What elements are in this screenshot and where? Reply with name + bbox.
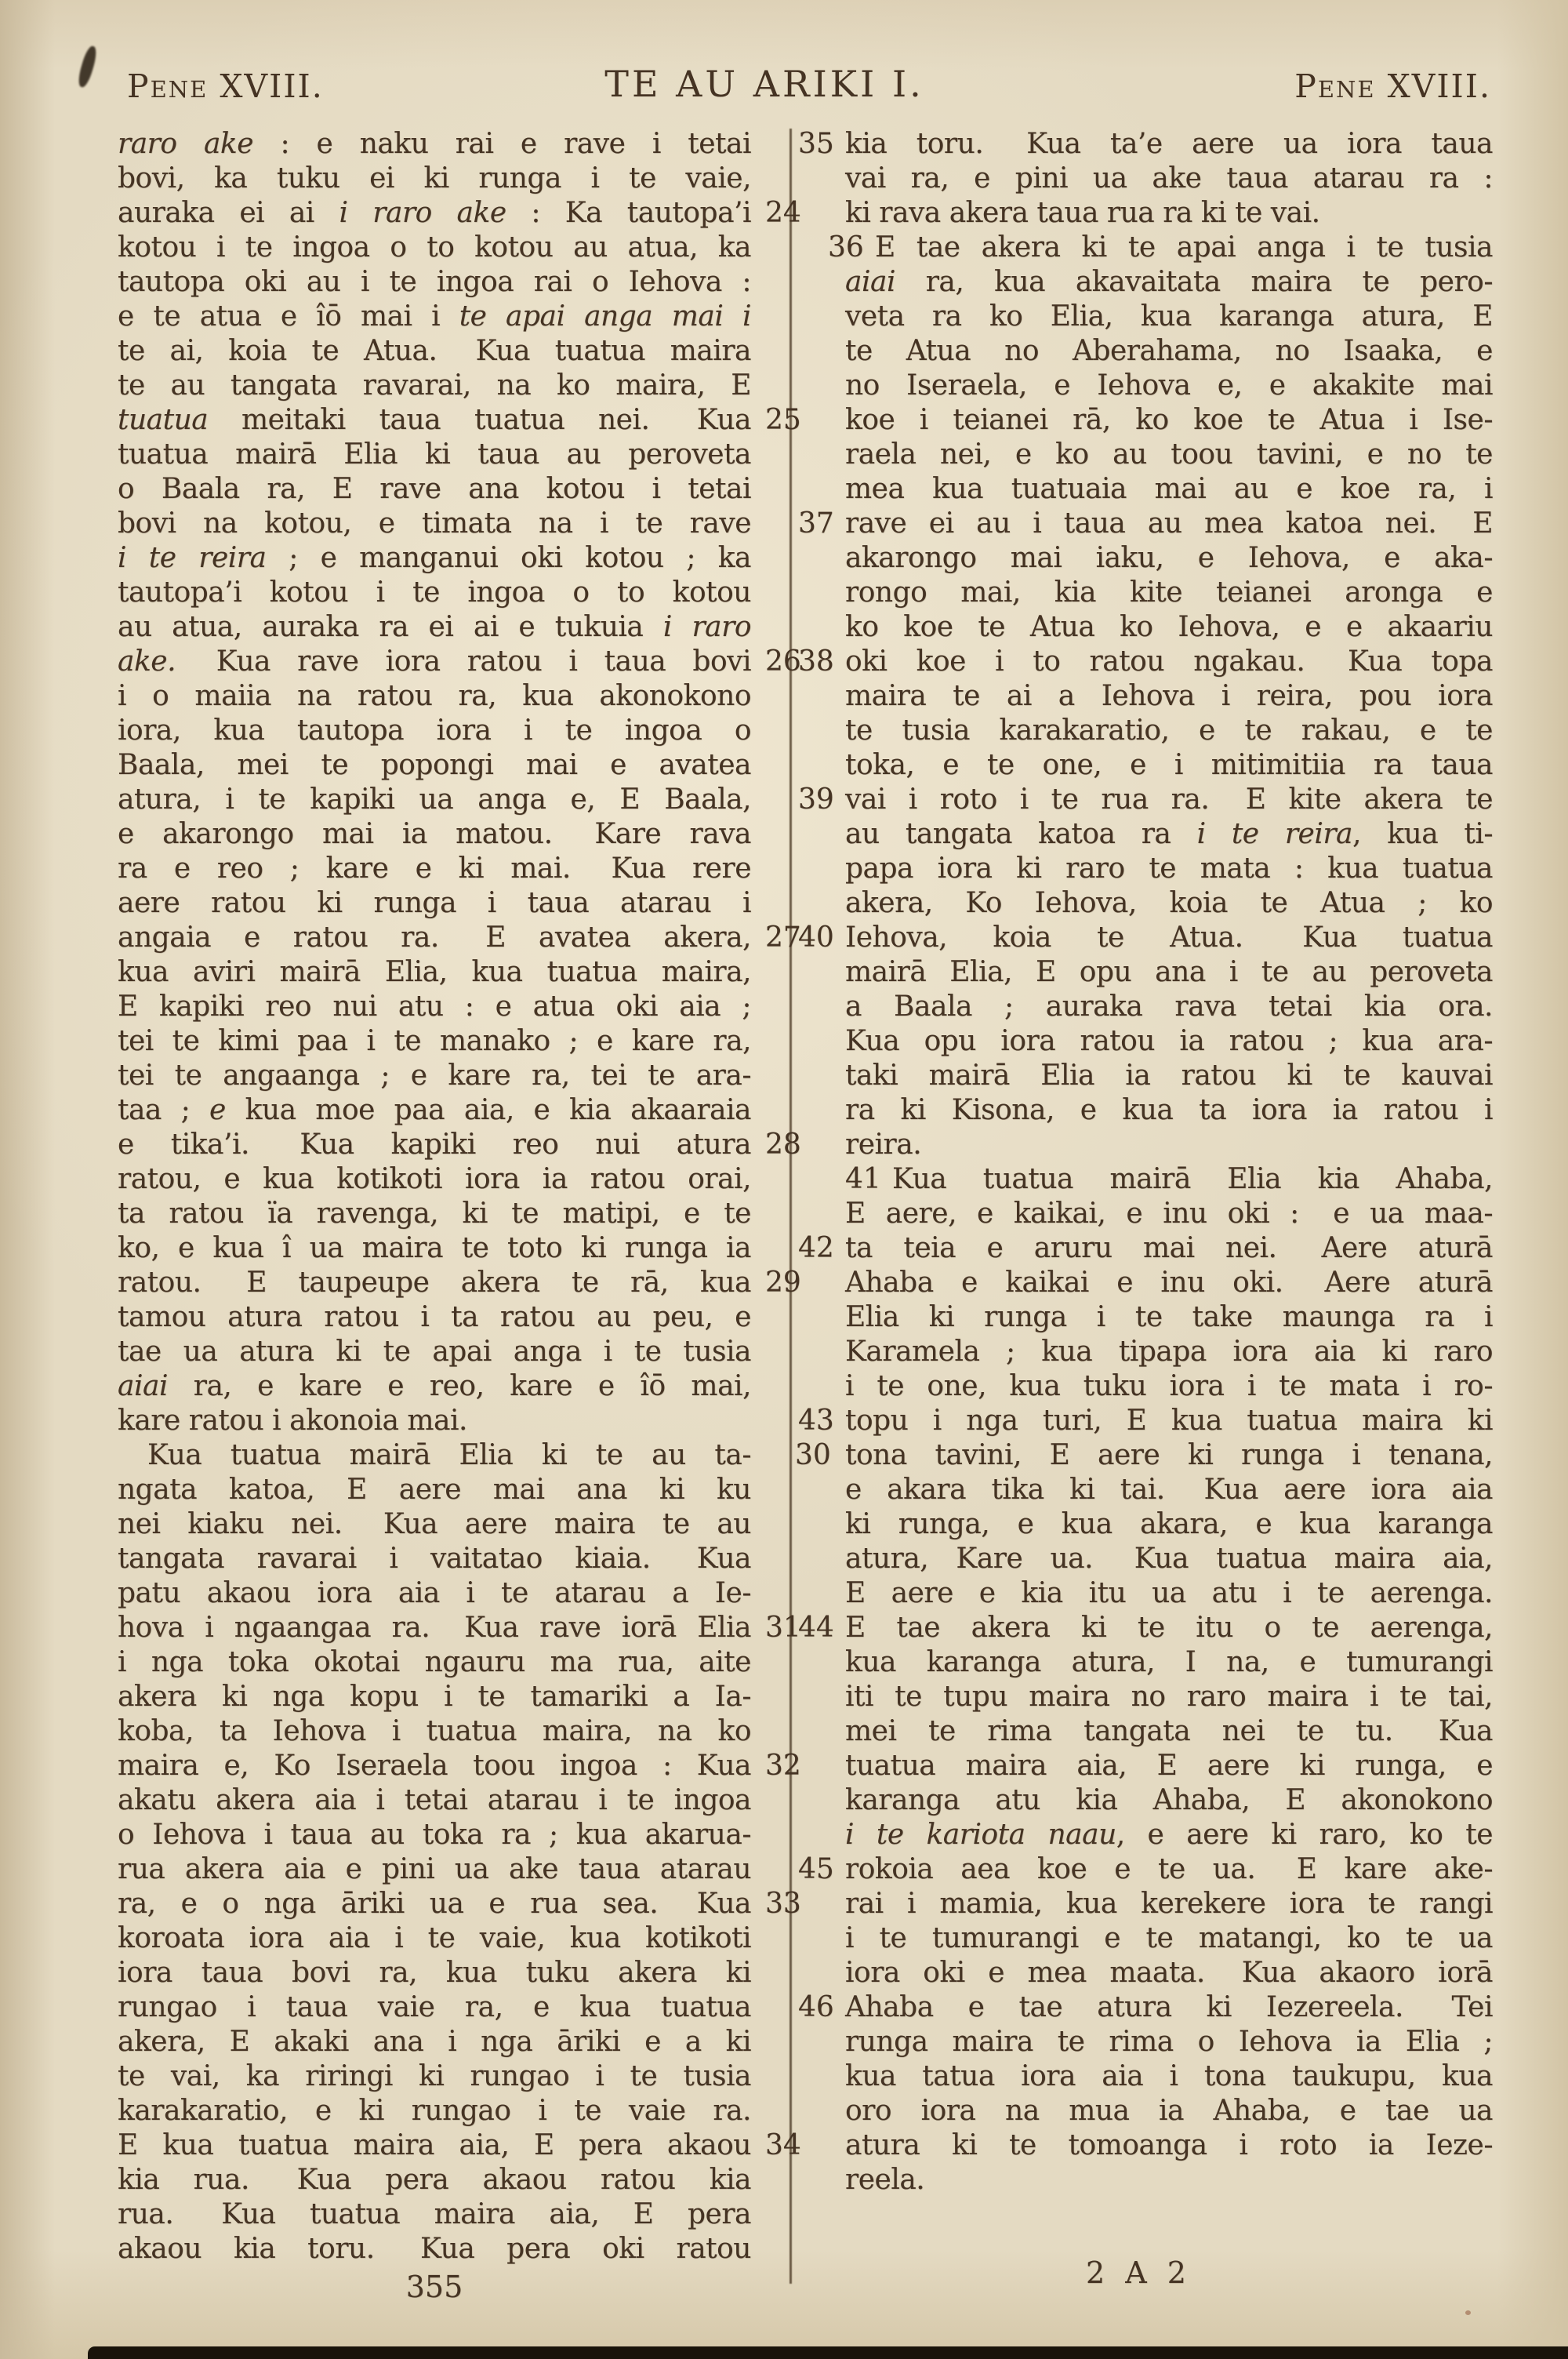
body-text: i te tumurangi e te matangi, ko te ua <box>845 1922 1493 1954</box>
body-text: au tangata katoa ra <box>845 818 1197 850</box>
text-line: toka, e te one, e i mitimitiia ra taua <box>845 748 1493 783</box>
body-text: angaia e ratou ra. E avatea akera, <box>118 921 751 954</box>
body-text: taa ; <box>118 1094 209 1126</box>
body-text: Karamela ; kua tipapa iora aia ki raro <box>845 1336 1493 1368</box>
body-text: tautopa oki au i te ingoa rai o Iehova : <box>118 266 751 298</box>
text-line: rua akera aia e pini ua ake taua atarau <box>118 1852 751 1887</box>
text-line: ki runga, e kua akara, e kua karanga <box>845 1507 1493 1542</box>
text-line: te Atua no Aberahama, no Isaaka, e <box>845 334 1493 369</box>
body-text: ra e reo ; kare e ki mai. Kua rere <box>118 852 751 885</box>
body-text: e tika’i. Kua kapiki reo nui atura <box>118 1129 751 1161</box>
text-line: Elia ki runga i te take maunga ra i <box>845 1300 1493 1335</box>
text-line: bovi na kotou, e timata na i te rave <box>118 507 751 541</box>
text-line: angaia e ratou ra. E avatea akera,27 <box>118 921 751 955</box>
text-line: ratou. E taupeupe akera te rā, kua29 <box>118 1266 751 1300</box>
text-line: tangata ravarai i vaitatao kiaia. Kua <box>118 1542 751 1576</box>
body-text: karanga atu kia Ahaba, E akonokono <box>845 1784 1493 1816</box>
text-line: ra ki Kisona, e kua ta iora ia ratou i <box>845 1093 1493 1128</box>
text-line: vai i roto i te rua ra. E kite akera te3… <box>845 783 1493 817</box>
body-text: akera, Ko Iehova, koia te Atua ; ko <box>845 887 1493 919</box>
body-text: ; e manganui oki kotou ; ka <box>266 542 751 574</box>
text-line: e te atua e îō mai i te apai anga mai i <box>118 300 751 334</box>
body-text: reira. <box>845 1129 921 1161</box>
verse-number: 32 <box>765 1749 801 1783</box>
body-text: iora oki e mea maata. Kua akaoro iorā <box>845 1957 1493 1989</box>
body-text: rave ei au i taua au mea katoa nei. E <box>845 507 1493 540</box>
body-text: ra, kua akavaitata maira te pero- <box>895 266 1493 298</box>
text-line: tautopa’i kotou i te ingoa o to kotou <box>118 576 751 610</box>
body-text: Ahaba e kaikai e inu oki. Aere aturā <box>845 1267 1493 1299</box>
text-line: rave ei au i taua au mea katoa nei. E37 <box>845 507 1493 541</box>
body-text: rua akera aia e pini ua ake taua atarau <box>118 1853 751 1885</box>
text-line: oki koe i to ratou ngakau. Kua topa38 <box>845 645 1493 679</box>
text-line: tae ua atura ki te apai anga i te tusia <box>118 1335 751 1369</box>
body-text: tei te angaanga ; e kare ra, tei te ara- <box>118 1060 751 1092</box>
text-line: runga maira te rima o Iehova ia Elia ; <box>845 2025 1493 2059</box>
text-line: aiai ra, kua akavaitata maira te pero- <box>845 265 1493 300</box>
text-line: kua aviri mairā Elia, kua tuatua maira, <box>118 955 751 990</box>
text-line: i nga toka okotai ngauru ma rua, aite <box>118 1645 751 1680</box>
body-text: E aere, e kaikai, e inu oki : e ua maa- <box>845 1198 1493 1230</box>
body-text: iti te tupu maira no raro maira i te tai… <box>845 1681 1493 1713</box>
body-text: raela nei, e ko au toou tavini, e no te <box>845 438 1493 471</box>
text-line: nei kiaku nei. Kua aere maira te au <box>118 1507 751 1542</box>
body-text: maira te ai a Iehova i reira, pou iora <box>845 680 1493 712</box>
body-text: Kua rave iora ratou i taua bovi <box>176 645 751 678</box>
italic-text: i te kariota naau <box>845 1819 1116 1851</box>
scan-edge-strip <box>88 2346 1568 2359</box>
body-text: meitaki taua tuatua nei. Kua <box>208 404 751 436</box>
body-text: tuatua maira aia, E aere ki runga, e <box>845 1750 1493 1782</box>
body-text: no Iseraela, e Iehova e, e akakite mai <box>845 369 1493 402</box>
body-text: Kua tuatua mairā Elia ki te au ta- <box>147 1439 751 1471</box>
body-text: tuatua mairā Elia ki taua au peroveta <box>118 438 751 471</box>
verse-number: 24 <box>765 196 801 231</box>
body-text: oki koe i to ratou ngakau. Kua topa <box>845 645 1493 678</box>
body-text: karakaratio, e ki rungao i te vaie ra. <box>118 2095 751 2127</box>
body-text: e akara tika ki tai. Kua aere iora aia <box>845 1474 1493 1506</box>
body-text: Iehova, koia te Atua. Kua tuatua <box>845 921 1493 954</box>
text-line: akera ki nga kopu i te tamariki a Ia- <box>118 1680 751 1714</box>
body-text: taki mairā Elia ia ratou ki te kauvai <box>845 1060 1493 1092</box>
text-line: ko, e kua î ua maira te toto ki runga ia <box>118 1231 751 1266</box>
body-text: auraka ei ai <box>118 197 339 229</box>
text-line: ratou, e kua kotikoti iora ia ratou orai… <box>118 1162 751 1197</box>
body-text: ki rava akera taua rua ra ki te vai. <box>845 197 1320 229</box>
text-line: karanga atu kia Ahaba, E akonokono <box>845 1783 1493 1818</box>
verse-number: 39 <box>798 783 834 817</box>
body-text: te Atua no Aberahama, no Isaaka, e <box>845 335 1493 367</box>
text-line: oro iora na mua ia Ahaba, e tae ua <box>845 2094 1493 2128</box>
verse-number: 46 <box>798 1990 834 2025</box>
body-text: Elia ki runga i te take maunga ra i <box>845 1301 1493 1333</box>
verse-number: 34 <box>765 2128 801 2163</box>
text-line: o Iehova i taua au toka ra ; kua akarua- <box>118 1818 751 1852</box>
text-line: topu i nga turi, E kua tuatua maira ki43 <box>845 1404 1493 1438</box>
body-text: patu akaou iora aia i te atarau a Ie- <box>118 1577 751 1609</box>
body-text: Kua tuatua mairā Elia kia Ahaba, <box>892 1163 1493 1195</box>
body-text: tautopa’i kotou i te ingoa o to kotou <box>118 576 751 609</box>
body-text: ki runga, e kua akara, e kua karanga <box>845 1508 1493 1540</box>
running-head-right: Pene XVIII. <box>1294 67 1491 105</box>
text-line: Kua tuatua mairā Elia kia Ahaba,41 <box>845 1162 1493 1197</box>
text-line: tuatua mairā Elia ki taua au peroveta <box>118 438 751 472</box>
text-line: E kua tuatua maira aia, E pera akaou34 <box>118 2128 751 2163</box>
text-line: rungao i taua vaie ra, e kua tuatua <box>118 1990 751 2025</box>
text-line: au tangata katoa ra i te reira, kua ti- <box>845 817 1493 852</box>
body-text: vai ra, e pini ua ake taua atarau ra : <box>845 162 1493 194</box>
italic-text: i te reira <box>118 542 266 574</box>
body-text: tae ua atura ki te apai anga i te tusia <box>118 1336 751 1368</box>
text-line: Ahaba e kaikai e inu oki. Aere aturā <box>845 1266 1493 1300</box>
text-line: iora oki e mea maata. Kua akaoro iorā <box>845 1956 1493 1990</box>
body-text: kare ratou i akonoia mai. <box>118 1405 467 1437</box>
text-line: maira e, Ko Iseraela toou ingoa : Kua32 <box>118 1749 751 1783</box>
body-text: te au tangata ravarai, na ko maira, E <box>118 369 751 402</box>
body-text: Baala, mei te popongi mai e avatea <box>118 749 751 781</box>
body-text: akera, E akaki ana i nga āriki e a ki <box>118 2026 751 2058</box>
body-text: akaou kia toru. Kua pera oki ratou <box>118 2233 751 2265</box>
body-text: atura, i te kapiki ua anga e, E Baala, <box>118 783 751 816</box>
body-text: kua tatua iora aia i tona taukupu, kua <box>845 2060 1493 2092</box>
body-text: kua aviri mairā Elia, kua tuatua maira, <box>118 956 751 988</box>
text-line: E tae akera ki te itu o te aerenga,44 <box>845 1611 1493 1645</box>
body-text: veta ra ko Elia, kua karanga atura, E <box>845 300 1493 333</box>
text-line: rua. Kua tuatua maira aia, E pera <box>118 2197 751 2232</box>
body-text: atura ki te tomoanga i roto ia Ieze- <box>845 2129 1493 2161</box>
verse-number: 43 <box>798 1404 834 1438</box>
text-line: tautopa oki au i te ingoa rai o Iehova : <box>118 265 751 300</box>
body-text: , e aere ki raro, ko te <box>1116 1819 1493 1851</box>
text-line: patu akaou iora aia i te atarau a Ie- <box>118 1576 751 1611</box>
text-line: i te reira ; e manganui oki kotou ; ka <box>118 541 751 576</box>
text-line: iti te tupu maira no raro maira i te tai… <box>845 1680 1493 1714</box>
verse-number: 41 <box>798 1162 881 1197</box>
text-line: ra, e o nga āriki ua e rua sea. Kua33 <box>118 1887 751 1921</box>
text-line: te au tangata ravarai, na ko maira, E <box>118 369 751 403</box>
body-text: te vai, ka riringi ki rungao i te tusia <box>118 2060 751 2092</box>
body-text: ratou. E taupeupe akera te rā, kua <box>118 1267 751 1299</box>
text-line: e akarongo mai ia matou. Kare rava <box>118 817 751 852</box>
body-text: iora taua bovi ra, kua tuku akera ki <box>118 1957 751 1989</box>
text-line: ta teia e aruru mai nei. Aere aturā42 <box>845 1231 1493 1266</box>
body-text: bovi, ka tuku ei ki runga i te vaie, <box>118 162 751 194</box>
book-page: Pene XVIII. TE AU ARIKI I. Pene XVIII. r… <box>0 0 1568 2359</box>
body-text: tei te kimi paa i te manako ; e kare ra, <box>118 1025 751 1057</box>
text-line: bovi, ka tuku ei ki runga i te vaie, <box>118 162 751 196</box>
text-line: atura, Kare ua. Kua tuatua maira aia, <box>845 1542 1493 1576</box>
text-line: E tae akera ki te apai anga i te tusia36 <box>845 231 1493 265</box>
text-line: tei te kimi paa i te manako ; e kare ra, <box>118 1024 751 1059</box>
body-text: reela. <box>845 2164 924 2196</box>
body-text: te tusia karakaratio, e te rakau, e te <box>845 714 1493 747</box>
text-line: raela nei, e ko au toou tavini, e no te <box>845 438 1493 472</box>
body-text: tona tavini, E aere ki runga i tenana, <box>845 1439 1493 1471</box>
verse-number: 29 <box>765 1266 801 1300</box>
text-line: Baala, mei te popongi mai e avatea <box>118 748 751 783</box>
body-text: koe i teianei rā, ko koe te Atua i Ise- <box>845 404 1493 436</box>
text-line: Ahaba e tae atura ki Iezereela. Tei46 <box>845 1990 1493 2025</box>
text-line: rai i mamia, kua kerekere iora te rangi <box>845 1887 1493 1921</box>
text-line: iora taua bovi ra, kua tuku akera ki <box>118 1956 751 1990</box>
text-line: i o maiia na ratou ra, kua akonokono <box>118 679 751 714</box>
body-text: bovi na kotou, e timata na i te rave <box>118 507 751 540</box>
text-line: aiai ra, e kare e reo, kare e îō mai, <box>118 1369 751 1404</box>
text-line: tamou atura ratou i ta ratou au peu, e <box>118 1300 751 1335</box>
body-text: kua karanga atura, I na, e tumurangi <box>845 1646 1493 1678</box>
body-text: nei kiaku nei. Kua aere maira te au <box>118 1508 751 1540</box>
body-text: tangata ravarai i vaitatao kiaia. Kua <box>118 1543 751 1575</box>
text-line: tona tavini, E aere ki runga i tenana, <box>845 1438 1493 1473</box>
body-text: au atua, auraka ra ei ai e tukuia <box>118 611 663 643</box>
signature-mark: 2 A 2 <box>1086 2255 1192 2290</box>
body-text: iora, kua tautopa iora i te ingoa o <box>118 714 751 747</box>
body-text: koba, ta Iehova i tuatua maira, na ko <box>118 1715 751 1747</box>
verse-number: 38 <box>798 645 834 679</box>
column-divider-rule <box>789 129 792 2284</box>
text-line: no Iseraela, e Iehova e, e akakite mai <box>845 369 1493 403</box>
text-line: reela. <box>845 2163 1493 2197</box>
body-text: E tae akera ki te itu o te aerenga, <box>845 1612 1493 1644</box>
body-text: ta ratou ïa ravenga, ki te matipi, e te <box>118 1198 751 1230</box>
scan-artifact-fleck <box>1465 2310 1471 2315</box>
text-line: atura ki te tomoanga i roto ia Ieze- <box>845 2128 1493 2163</box>
body-text: akatu akera aia i tetai atarau i te ingo… <box>118 1784 751 1816</box>
italic-text: e <box>209 1094 226 1126</box>
italic-text: i raro ake <box>339 197 506 229</box>
text-line: atura, i te kapiki ua anga e, E Baala, <box>118 783 751 817</box>
body-text: oro iora na mua ia Ahaba, e tae ua <box>845 2095 1493 2127</box>
body-text: , kua ti- <box>1352 818 1493 850</box>
verse-number: 33 <box>765 1887 801 1921</box>
body-text: hova i ngaangaa ra. Kua rave iorā Elia <box>118 1612 751 1644</box>
body-text: e akarongo mai ia matou. Kare rava <box>118 818 751 850</box>
text-line: reira. <box>845 1128 1493 1162</box>
text-line: kare ratou i akonoia mai. <box>118 1404 751 1438</box>
text-line: akera, E akaki ana i nga āriki e a ki <box>118 2025 751 2059</box>
text-line: mei te rima tangata nei te tu. Kua <box>845 1714 1493 1749</box>
text-line: karakaratio, e ki rungao i te vaie ra. <box>118 2094 751 2128</box>
body-text: akera ki nga kopu i te tamariki a Ia- <box>118 1681 751 1713</box>
text-line: Karamela ; kua tipapa iora aia ki raro <box>845 1335 1493 1369</box>
body-text: kia rua. Kua pera akaou ratou kia <box>118 2164 751 2196</box>
text-line: au atua, auraka ra ei ai e tukuia i raro <box>118 610 751 645</box>
text-line: i te tumurangi e te matangi, ko te ua <box>845 1921 1493 1956</box>
body-text: kotou i te ingoa o to kotou au atua, ka <box>118 231 751 264</box>
body-text: mei te rima tangata nei te tu. Kua <box>845 1715 1493 1747</box>
text-line: veta ra ko Elia, kua karanga atura, E <box>845 300 1493 334</box>
text-line: e tika’i. Kua kapiki reo nui atura28 <box>118 1128 751 1162</box>
body-text: aere ratou ki runga i taua atarau i <box>118 887 751 919</box>
body-text: kia toru. Kua ta’e aere ua iora taua <box>845 128 1493 160</box>
body-text: ra, e o nga āriki ua e rua sea. Kua <box>118 1888 751 1920</box>
body-text: ra ki Kisona, e kua ta iora ia ratou i <box>845 1094 1493 1126</box>
verse-number: 35 <box>798 127 834 162</box>
text-line: ki rava akera taua rua ra ki te vai. <box>845 196 1493 231</box>
verse-number: 28 <box>765 1128 801 1162</box>
page-number: 355 <box>118 2270 751 2304</box>
text-line: i te one, kua tuku iora i te mata i ro- <box>845 1369 1493 1404</box>
text-line: ko koe te Atua ko Iehova, e e akaariu <box>845 610 1493 645</box>
text-line: akarongo mai iaku, e Iehova, e aka- <box>845 541 1493 576</box>
body-text: mea kua tuatuaia mai au e koe ra, i <box>845 473 1493 505</box>
verse-number: 44 <box>798 1611 834 1645</box>
text-line: rongo mai, kia kite teianei aronga e <box>845 576 1493 610</box>
verse-number: 42 <box>798 1231 834 1266</box>
verse-number: 37 <box>798 507 834 541</box>
text-line: aere ratou ki runga i taua atarau i <box>118 886 751 921</box>
text-line: o Baala ra, E rave ana kotou i tetai <box>118 472 751 507</box>
body-text: ta teia e aruru mai nei. Aere aturā <box>845 1232 1493 1264</box>
text-line: tei te angaanga ; e kare ra, tei te ara- <box>118 1059 751 1093</box>
body-text: a Baala ; auraka rava tetai kia ora. <box>845 990 1493 1023</box>
text-line: maira te ai a Iehova i reira, pou iora <box>845 679 1493 714</box>
text-line: koe i teianei rā, ko koe te Atua i Ise- <box>845 403 1493 438</box>
verse-number: 31 <box>765 1611 801 1645</box>
text-line: Iehova, koia te Atua. Kua tuatua40 <box>845 921 1493 955</box>
text-line: hova i ngaangaa ra. Kua rave iorā Elia31 <box>118 1611 751 1645</box>
body-text: papa iora ki raro te mata : kua tuatua <box>845 852 1493 885</box>
text-line: koroata iora aia i te vaie, kua kotikoti <box>118 1921 751 1956</box>
text-line: akera, Ko Iehova, koia te Atua ; ko <box>845 886 1493 921</box>
text-line: kotou i te ingoa o to kotou au atua, ka <box>118 231 751 265</box>
text-line: mea kua tuatuaia mai au e koe ra, i <box>845 472 1493 507</box>
body-text: rokoia aea koe e te ua. E kare ake- <box>845 1853 1493 1885</box>
italic-text: i raro <box>663 611 751 643</box>
verse-number: 27 <box>765 921 801 955</box>
text-line: akatu akera aia i tetai atarau i te ingo… <box>118 1783 751 1818</box>
body-text: toka, e te one, e i mitimitiia ra taua <box>845 749 1493 781</box>
italic-text: ake. <box>118 645 176 678</box>
italic-text: raro ake <box>118 128 253 160</box>
text-line: kia rua. Kua pera akaou ratou kia <box>118 2163 751 2197</box>
text-line: rokoia aea koe e te ua. E kare ake-45 <box>845 1852 1493 1887</box>
text-line: Kua tuatua mairā Elia ki te au ta-30 <box>118 1438 751 1473</box>
body-text: runga maira te rima o Iehova ia Elia ; <box>845 2026 1493 2058</box>
italic-text: tuatua <box>118 404 208 436</box>
text-line: raro ake : e naku rai e rave i tetai <box>118 127 751 162</box>
text-line: E aere e kia itu ua atu i te aerenga. <box>845 1576 1493 1611</box>
verse-number: 36 <box>798 231 864 265</box>
body-text: E aere e kia itu ua atu i te aerenga. <box>845 1577 1493 1609</box>
body-text: E tae akera ki te apai anga i te tusia <box>875 231 1493 264</box>
text-line: te ai, koia te Atua. Kua tuatua maira <box>118 334 751 369</box>
text-line: mairā Elia, E opu ana i te au peroveta <box>845 955 1493 990</box>
text-line: kia toru. Kua ta’e aere ua iora taua35 <box>845 127 1493 162</box>
text-line: ta ratou ïa ravenga, ki te matipi, e te <box>118 1197 751 1231</box>
body-text: kua moe paa aia, e kia akaaraia <box>226 1094 751 1126</box>
body-text: rai i mamia, kua kerekere iora te rangi <box>845 1888 1493 1920</box>
text-line: akaou kia toru. Kua pera oki ratou <box>118 2232 751 2266</box>
body-text: : Ka tautopa’i <box>506 197 751 229</box>
text-line: E aere, e kaikai, e inu oki : e ua maa- <box>845 1197 1493 1231</box>
body-text: ratou, e kua kotikoti iora ia ratou orai… <box>118 1163 751 1195</box>
body-text: rongo mai, kia kite teianei aronga e <box>845 576 1493 609</box>
text-line: kua tatua iora aia i tona taukupu, kua <box>845 2059 1493 2094</box>
text-line: ngata katoa, E aere mai ana ki ku <box>118 1473 751 1507</box>
verse-number: 40 <box>798 921 834 955</box>
verse-number: 45 <box>798 1852 834 1887</box>
body-text: i o maiia na ratou ra, kua akonokono <box>118 680 751 712</box>
body-text: o Baala ra, E rave ana kotou i tetai <box>118 473 751 505</box>
body-text: ko koe te Atua ko Iehova, e e akaariu <box>845 611 1493 643</box>
body-text: te ai, koia te Atua. Kua tuatua maira <box>118 335 751 367</box>
left-text-column: raro ake : e naku rai e rave i tetaibovi… <box>118 127 751 2266</box>
body-text: ngata katoa, E aere mai ana ki ku <box>118 1474 751 1506</box>
body-text: koroata iora aia i te vaie, kua kotikoti <box>118 1922 751 1954</box>
right-text-column: kia toru. Kua ta’e aere ua iora taua35va… <box>798 127 1493 2197</box>
body-text: i te one, kua tuku iora i te mata i ro- <box>845 1370 1493 1402</box>
text-line: te vai, ka riringi ki rungao i te tusia <box>118 2059 751 2094</box>
italic-text: te apai anga mai i <box>459 300 751 333</box>
text-line: i te kariota naau, e aere ki raro, ko te <box>845 1818 1493 1852</box>
text-line: papa iora ki raro te mata : kua tuatua <box>845 852 1493 886</box>
text-line: a Baala ; auraka rava tetai kia ora. <box>845 990 1493 1024</box>
body-text: mairā Elia, E opu ana i te au peroveta <box>845 956 1493 988</box>
body-text: tamou atura ratou i ta ratou au peu, e <box>118 1301 751 1333</box>
text-line: iora, kua tautopa iora i te ingoa o <box>118 714 751 748</box>
body-text: Kua opu iora ratou ia ratou ; kua ara- <box>845 1025 1493 1057</box>
italic-text: aiai <box>118 1370 168 1402</box>
body-text: maira e, Ko Iseraela toou ingoa : Kua <box>118 1750 751 1782</box>
text-line: te tusia karakaratio, e te rakau, e te <box>845 714 1493 748</box>
body-text: rua. Kua tuatua maira aia, E pera <box>118 2198 751 2230</box>
body-text: atura, Kare ua. Kua tuatua maira aia, <box>845 1543 1493 1575</box>
verse-number: 25 <box>765 403 801 438</box>
italic-text: aiai <box>845 266 895 298</box>
text-line: taki mairā Elia ia ratou ki te kauvai <box>845 1059 1493 1093</box>
body-text: ra, e kare e reo, kare e îō mai, <box>168 1370 751 1402</box>
body-text: E kua tuatua maira aia, E pera akaou <box>118 2129 751 2161</box>
text-line: kua karanga atura, I na, e tumurangi <box>845 1645 1493 1680</box>
text-line: E kapiki reo nui atu : e atua oki aia ; <box>118 990 751 1024</box>
verse-number: 26 <box>765 645 801 679</box>
body-text: o Iehova i taua au toka ra ; kua akarua- <box>118 1819 751 1851</box>
text-line: tuatua maira aia, E aere ki runga, e <box>845 1749 1493 1783</box>
body-text: rungao i taua vaie ra, e kua tuatua <box>118 1991 751 2023</box>
italic-text: i te reira <box>1197 818 1352 850</box>
body-text: i nga toka okotai ngauru ma rua, aite <box>118 1646 751 1678</box>
body-text: akarongo mai iaku, e Iehova, e aka- <box>845 542 1493 574</box>
body-text: vai i roto i te rua ra. E kite akera te <box>845 783 1493 816</box>
text-line: ake. Kua rave iora ratou i taua bovi26 <box>118 645 751 679</box>
text-line: Kua opu iora ratou ia ratou ; kua ara- <box>845 1024 1493 1059</box>
text-line: tuatua meitaki taua tuatua nei. Kua25 <box>118 403 751 438</box>
body-text: E kapiki reo nui atu : e atua oki aia ; <box>118 990 751 1023</box>
body-text: : e naku rai e rave i tetai <box>253 128 751 160</box>
text-line: vai ra, e pini ua ake taua atarau ra : <box>845 162 1493 196</box>
text-line: e akara tika ki tai. Kua aere iora aia <box>845 1473 1493 1507</box>
text-line: taa ; e kua moe paa aia, e kia akaaraia <box>118 1093 751 1128</box>
body-text: topu i nga turi, E kua tuatua maira ki <box>845 1405 1493 1437</box>
text-line: auraka ei ai i raro ake : Ka tautopa’i24 <box>118 196 751 231</box>
body-text: Ahaba e tae atura ki Iezereela. Tei <box>845 1991 1493 2023</box>
text-line: ra e reo ; kare e ki mai. Kua rere <box>118 852 751 886</box>
text-line: koba, ta Iehova i tuatua maira, na ko <box>118 1714 751 1749</box>
body-text: e te atua e îō mai i <box>118 300 459 333</box>
body-text: ko, e kua î ua maira te toto ki runga ia <box>118 1232 751 1264</box>
